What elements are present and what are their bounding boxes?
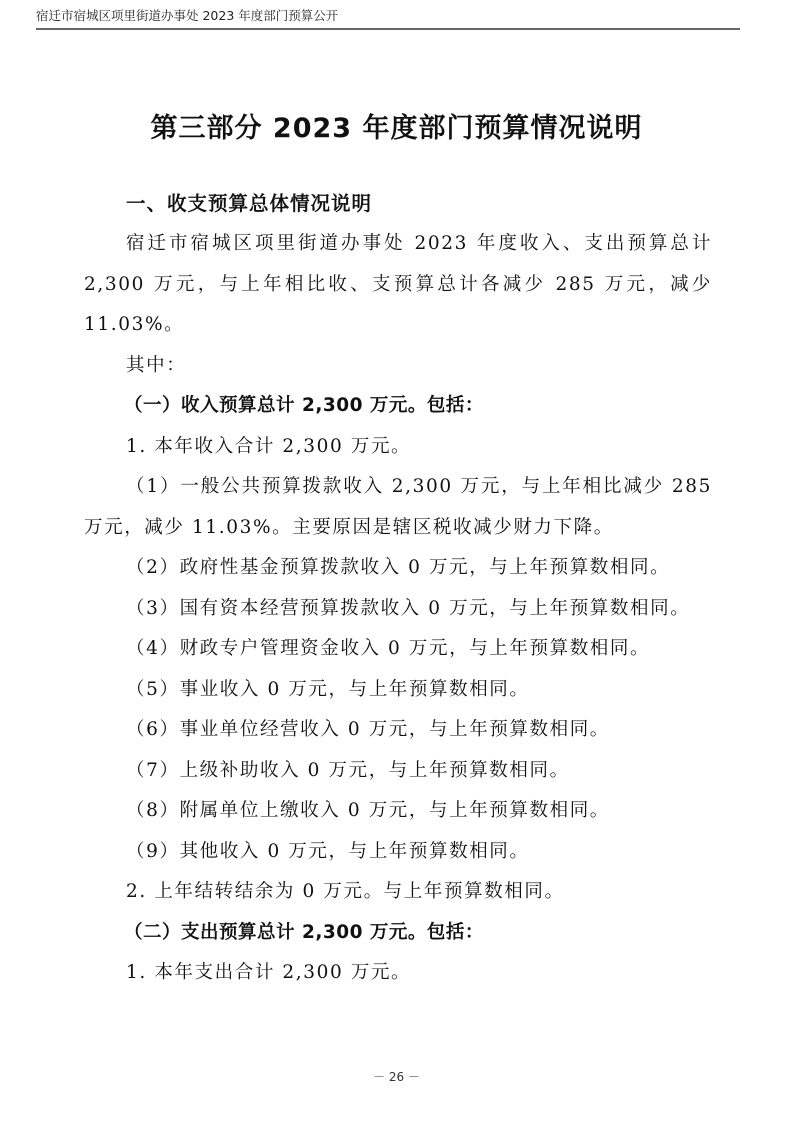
income-item-5: （5）事业收入 0 万元，与上年预算数相同。: [84, 670, 712, 711]
running-header: 宿迁市宿城区项里街道办事处 2023 年度部门预算公开: [36, 8, 740, 30]
section-heading: 一、收支预算总体情况说明: [126, 190, 372, 218]
expenditure-total-line: 1. 本年支出合计 2,300 万元。: [84, 953, 712, 994]
among-label: 其中：: [84, 346, 712, 387]
income-total-line: 1. 本年收入合计 2,300 万元。: [84, 427, 712, 468]
income-item-8: （8）附属单位上缴收入 0 万元，与上年预算数相同。: [84, 791, 712, 832]
page-title: 第三部分 2023 年度部门预算情况说明: [0, 111, 793, 147]
carryover-line: 2. 上年结转结余为 0 万元。与上年预算数相同。: [84, 872, 712, 913]
income-item-2: （2）政府性基金预算拨款收入 0 万元，与上年预算数相同。: [84, 548, 712, 589]
income-subheading: （一）收入预算总计 2,300 万元。包括：: [84, 386, 712, 427]
income-item-7: （7）上级补助收入 0 万元，与上年预算数相同。: [84, 751, 712, 792]
page-number: － 26 －: [0, 1068, 793, 1085]
income-item-3: （3）国有资本经营预算拨款收入 0 万元，与上年预算数相同。: [84, 589, 712, 630]
expenditure-subheading: （二）支出预算总计 2,300 万元。包括：: [84, 913, 712, 954]
document-body: 宿迁市宿城区项里街道办事处 2023 年度收入、支出预算总计 2,300 万元，…: [84, 224, 712, 994]
income-item-1: （1）一般公共预算拨款收入 2,300 万元，与上年相比减少 285 万元，减少…: [84, 467, 712, 548]
intro-paragraph: 宿迁市宿城区项里街道办事处 2023 年度收入、支出预算总计 2,300 万元，…: [84, 224, 712, 346]
income-item-6: （6）事业单位经营收入 0 万元，与上年预算数相同。: [84, 710, 712, 751]
income-item-9: （9）其他收入 0 万元，与上年预算数相同。: [84, 832, 712, 873]
income-item-4: （4）财政专户管理资金收入 0 万元，与上年预算数相同。: [84, 629, 712, 670]
